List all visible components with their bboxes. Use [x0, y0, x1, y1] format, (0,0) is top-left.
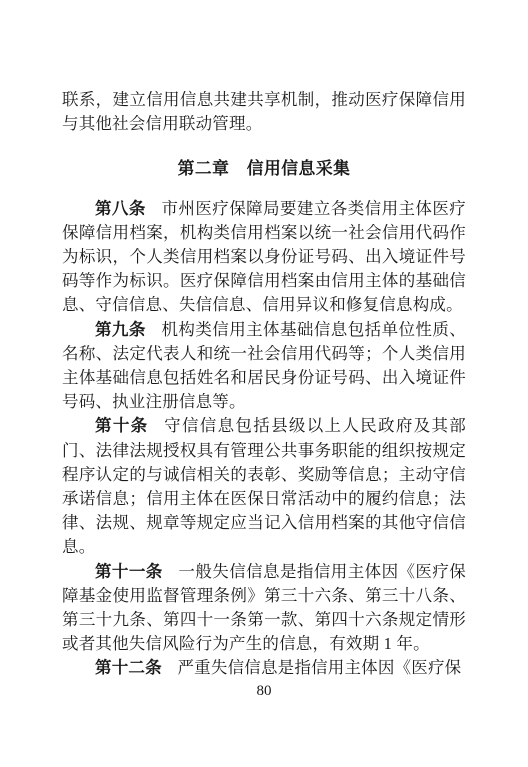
intro-paragraph: 联系，建立信用信息共建共享机制，推动医疗保障信用与其他社会信用联动管理。 — [62, 88, 466, 136]
article-paragraph-12: 第十二条严重失信信息是指信用主体因《医疗保 — [62, 656, 466, 680]
text-column: 联系，建立信用信息共建共享机制，推动医疗保障信用与其他社会信用联动管理。 第二章… — [62, 88, 466, 681]
article-paragraph-9: 第九条机构类信用主体基础信息包括单位性质、名称、法定代表人和统一社会信用代码等；… — [62, 318, 466, 415]
article-term: 第十二条 — [95, 658, 162, 677]
article-paragraph-11: 第十一条一般失信信息是指信用主体因《医疗保障基金使用监督管理条例》第三十六条、第… — [62, 560, 466, 657]
chapter-heading: 第二章 信用信息采集 — [62, 157, 466, 181]
article-paragraph-8: 第八条市州医疗保障局要建立各类信用主体医疗保障信用档案，机构类信用档案以统一社会… — [62, 197, 466, 318]
document-page: 联系，建立信用信息共建共享机制，推动医疗保障信用与其他社会信用联动管理。 第二章… — [0, 0, 528, 767]
article-text: 严重失信信息是指信用主体因《医疗保 — [177, 658, 461, 677]
article-term: 第九条 — [95, 320, 146, 339]
page-number: 80 — [0, 682, 528, 700]
article-term: 第八条 — [95, 199, 146, 218]
article-paragraph-10: 第十条守信信息包括县级以上人民政府及其部门、法律法规授权具有管理公共事务职能的组… — [62, 414, 466, 559]
article-term: 第十条 — [95, 416, 148, 435]
article-text: 守信信息包括县级以上人民政府及其部门、法律法规授权具有管理公共事务职能的组织按规… — [62, 416, 466, 556]
article-term: 第十一条 — [95, 562, 163, 581]
